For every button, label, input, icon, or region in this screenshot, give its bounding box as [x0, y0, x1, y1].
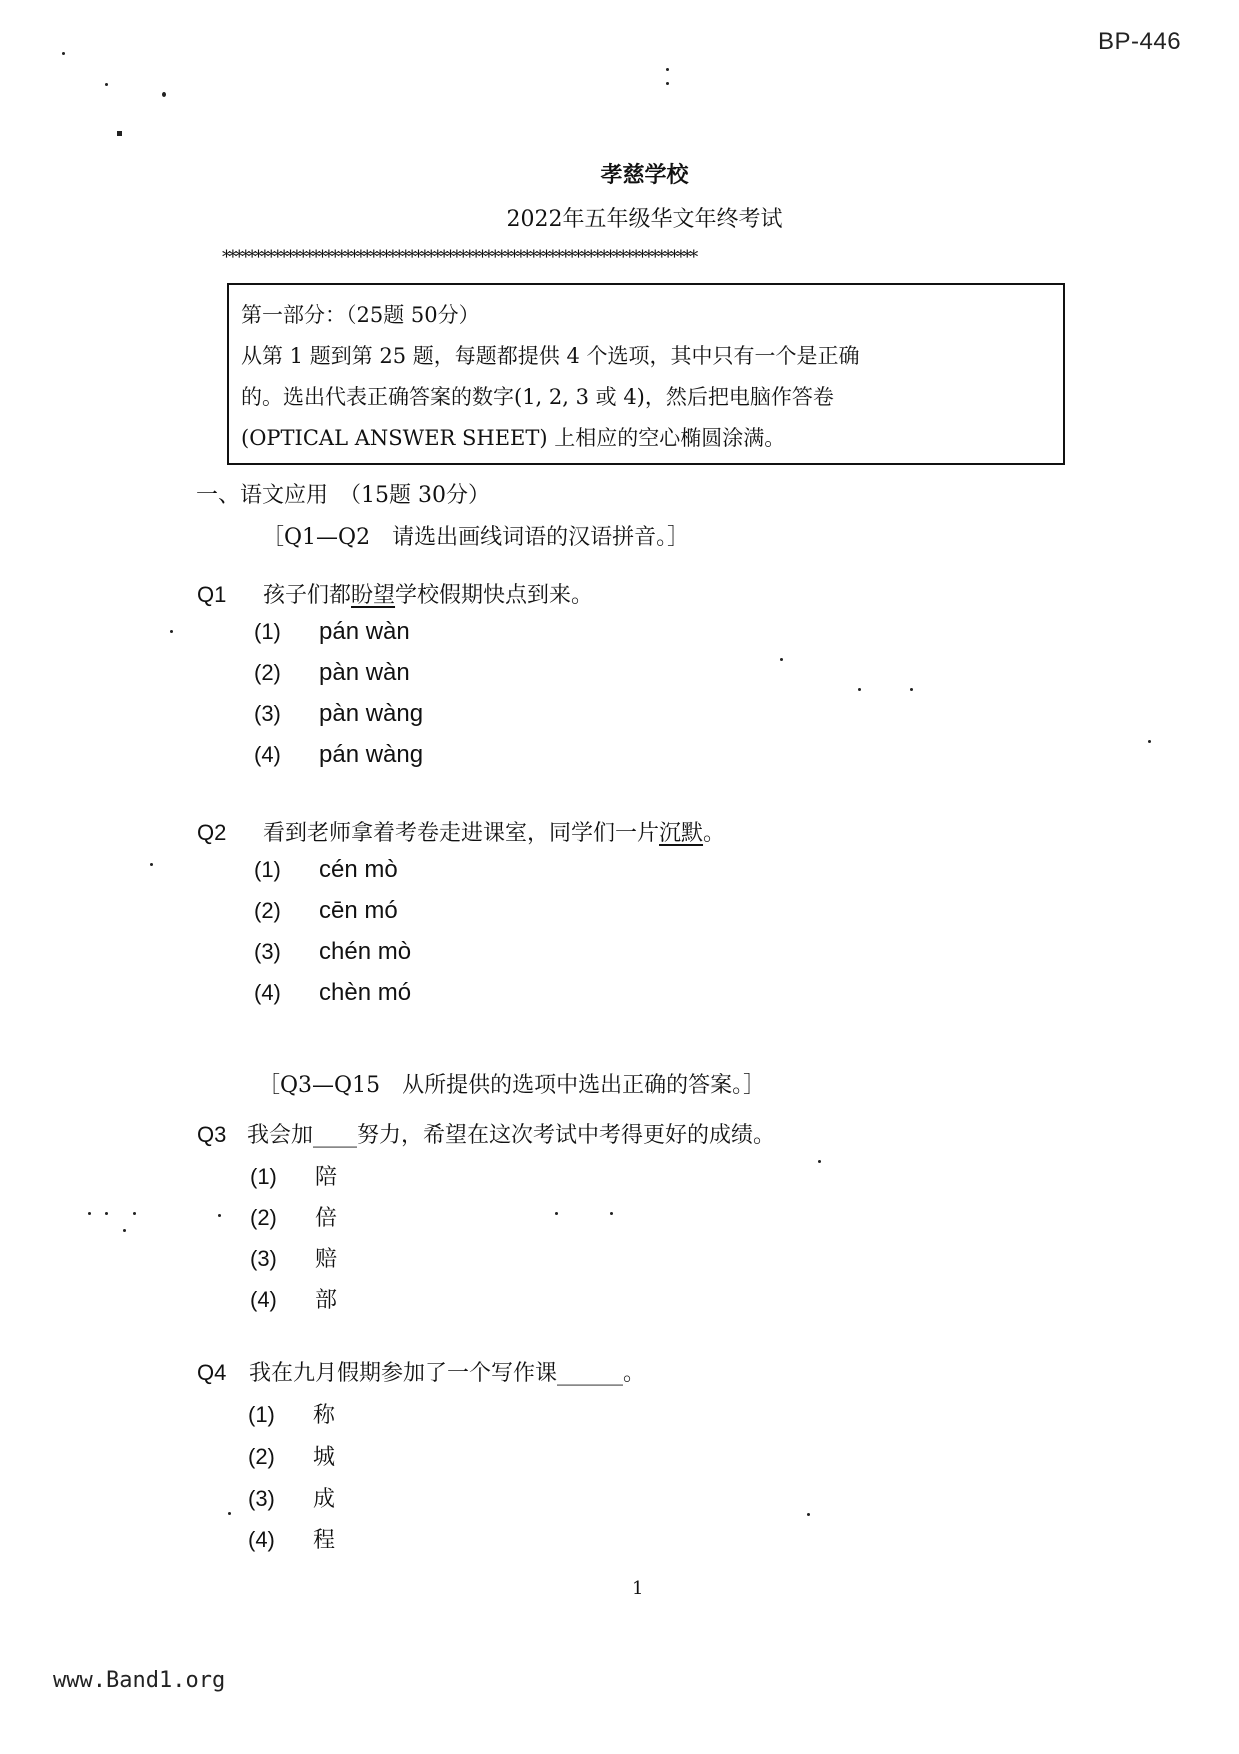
option-text: chèn mó [319, 979, 411, 1006]
scan-speck [555, 1212, 558, 1215]
option-label: (2) [254, 660, 319, 686]
option-3: (3)pàn wàng [254, 700, 423, 728]
option-2: (2)城 [248, 1440, 335, 1471]
option-4: (4)部 [250, 1283, 337, 1314]
scan-speck [162, 92, 166, 97]
option-label: (2) [254, 898, 319, 924]
scan-speck [88, 1212, 91, 1215]
option-3: (3)成 [248, 1482, 335, 1513]
question-text: 学校假期快点到来。 [395, 583, 593, 608]
question-q1: Q1孩子们都盼望学校假期快点到来。 [197, 578, 593, 609]
scan-speck [807, 1513, 810, 1516]
option-text: pàn wàn [319, 659, 410, 686]
underlined-word: 盼望 [351, 583, 395, 608]
instruction-q3-q15: ［Q3—Q15 从所提供的选项中选出正确的答案。］ [258, 1068, 765, 1099]
scan-speck [105, 83, 108, 86]
scan-speck [780, 658, 783, 661]
option-text: 倍 [315, 1206, 337, 1231]
document-code: BP-446 [1098, 28, 1181, 56]
option-label: (4) [254, 742, 319, 768]
instruction-line: (OPTICAL ANSWER SHEET) 上相应的空心椭圆涂满。 [241, 418, 1053, 459]
question-number: Q4 [197, 1360, 249, 1386]
scan-speck [117, 131, 122, 136]
question-text: 孩子们都 [263, 583, 351, 608]
option-1: (1)cén mò [254, 856, 398, 884]
option-1: (1)称 [248, 1398, 335, 1429]
underlined-word: 沉默 [659, 821, 703, 846]
question-text: 看到老师拿着考卷走进课室，同学们一片 [263, 821, 659, 846]
option-text: cén mò [319, 856, 398, 883]
scan-speck [170, 630, 173, 633]
option-label: (1) [254, 619, 319, 645]
part-heading: 第一部分：（25题 50分） [241, 295, 1053, 336]
option-3: (3)chén mò [254, 938, 411, 966]
option-text: 成 [313, 1487, 335, 1512]
option-label: (3) [250, 1246, 315, 1272]
scan-speck [62, 52, 65, 55]
asterisk-divider: ****************************************… [222, 248, 1077, 268]
option-text: cēn mó [319, 897, 398, 924]
instruction-q1-q2: ［Q1—Q2 请选出画线词语的汉语拼音。］ [262, 520, 689, 551]
scan-speck [610, 1212, 613, 1215]
question-text: 努力，希望在这次考试中考得更好的成绩。 [357, 1123, 775, 1148]
watermark-url: www.Band1.org [53, 1668, 225, 1693]
page-number: 1 [632, 1578, 643, 1599]
option-label: (3) [254, 939, 319, 965]
option-text: pàn wàng [319, 700, 423, 727]
option-2: (2)pàn wàn [254, 659, 410, 687]
school-name: 孝慈学校 [0, 158, 1239, 189]
option-text: 程 [313, 1528, 335, 1553]
exam-title: 2022年五年级华文年终考试 [0, 202, 1239, 233]
option-text: 城 [313, 1445, 335, 1470]
question-number: Q3 [197, 1122, 247, 1148]
option-label: (1) [254, 857, 319, 883]
question-text: 我会加 [247, 1123, 313, 1148]
option-label: (3) [248, 1486, 313, 1512]
option-2: (2)cēn mó [254, 897, 398, 925]
scan-speck [218, 1214, 221, 1217]
option-label: (2) [248, 1444, 313, 1470]
instruction-line: 的。选出代表正确答案的数字(1, 2, 3 或 4)，然后把电脑作答卷 [241, 377, 1053, 418]
scan-speck [228, 1512, 231, 1515]
scan-speck [818, 1160, 821, 1163]
section-title: 一、语文应用 （15题 30分） [196, 478, 490, 509]
option-text: 部 [315, 1288, 337, 1313]
question-text: 我在九月假期参加了一个写作课 [249, 1361, 557, 1386]
instructions-box: 第一部分：（25题 50分） 从第 1 题到第 25 题，每题都提供 4 个选项… [227, 283, 1065, 465]
option-1: (1)陪 [250, 1160, 337, 1191]
option-text: pán wàn [319, 618, 410, 645]
instruction-line: 从第 1 题到第 25 题，每题都提供 4 个选项，其中只有一个是正确 [241, 336, 1053, 377]
option-text: 称 [313, 1403, 335, 1428]
scan-speck [858, 688, 861, 691]
scan-speck [105, 1212, 108, 1215]
option-4: (4)chèn mó [254, 979, 411, 1007]
option-3: (3)赔 [250, 1242, 337, 1273]
option-label: (3) [254, 701, 319, 727]
scan-speck [150, 863, 153, 866]
option-text: 赔 [315, 1247, 337, 1272]
scan-speck [1148, 740, 1151, 743]
scan-speck [123, 1229, 126, 1232]
question-q3: Q3我会加____努力，希望在这次考试中考得更好的成绩。 [197, 1118, 775, 1149]
option-label: (1) [250, 1164, 315, 1190]
answer-blank: ______ [557, 1361, 623, 1386]
question-text: 。 [703, 821, 725, 846]
option-text: pán wàng [319, 741, 423, 768]
option-label: (4) [250, 1287, 315, 1313]
scan-speck [133, 1212, 136, 1215]
option-4: (4)程 [248, 1523, 335, 1554]
scan-speck [666, 82, 669, 85]
scan-speck [666, 68, 669, 71]
question-number: Q1 [197, 582, 263, 608]
option-1: (1)pán wàn [254, 618, 410, 646]
question-number: Q2 [197, 820, 263, 846]
option-label: (2) [250, 1205, 315, 1231]
question-text: 。 [623, 1361, 645, 1386]
option-4: (4)pán wàng [254, 741, 423, 769]
option-label: (4) [248, 1527, 313, 1553]
option-label: (1) [248, 1402, 313, 1428]
option-text: chén mò [319, 938, 411, 965]
question-q4: Q4我在九月假期参加了一个写作课______。 [197, 1356, 645, 1387]
question-q2: Q2看到老师拿着考卷走进课室，同学们一片沉默。 [197, 816, 725, 847]
option-2: (2)倍 [250, 1201, 337, 1232]
option-label: (4) [254, 980, 319, 1006]
scan-speck [910, 688, 913, 691]
option-text: 陪 [315, 1165, 337, 1190]
answer-blank: ____ [313, 1123, 357, 1148]
